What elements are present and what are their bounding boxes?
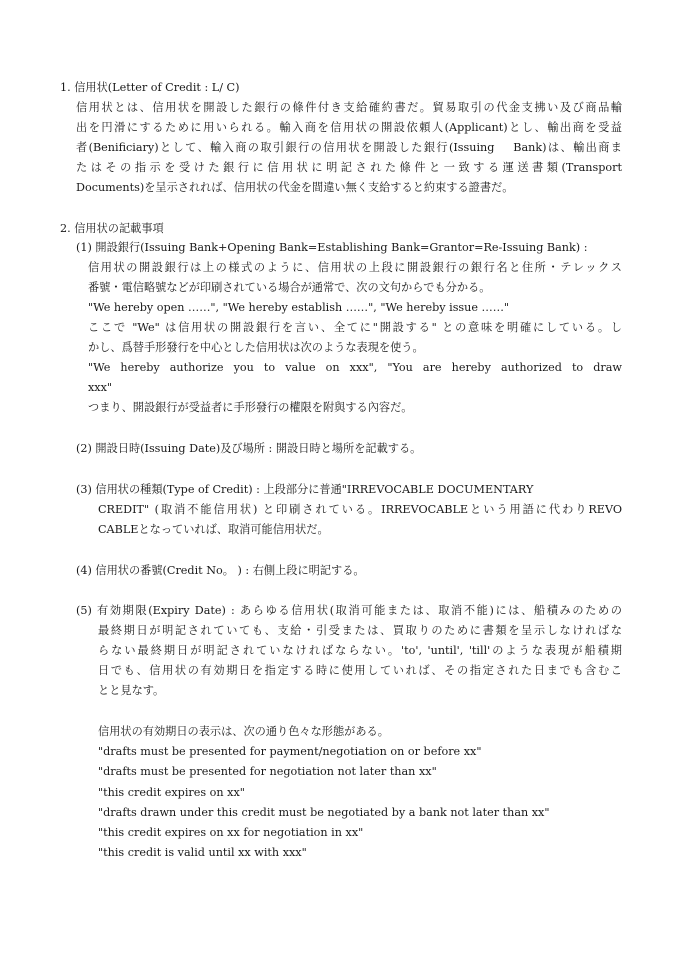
expiry-form-example: "this credit expires on xx" bbox=[98, 785, 245, 801]
item-5-line: とと見なす。 bbox=[98, 683, 164, 699]
item-1-line: 信用状の開設銀行は上の様式のように、信用状の上段に開設銀行の銀行名と住所・テレッ… bbox=[88, 260, 622, 276]
expiry-form-example: "this credit is valid until xx with xxx" bbox=[98, 845, 307, 861]
section-1-heading: 1. 信用状(Letter of Credit : L/ C) bbox=[60, 80, 239, 96]
item-1-line: 番號・電信略號などが印刷されている場合が通常で、次の文句からでも分かる。 bbox=[88, 280, 490, 296]
item-5-line: 最終期日が明記されていても、支給・引受または、買取りのために書類を呈示しなければ… bbox=[98, 623, 622, 639]
item-1-line: かし、爲替手形發行を中心とした信用状は次のような表現を使う。 bbox=[88, 340, 424, 356]
document-page: 1. 信用状(Letter of Credit : L/ C) 信用状とは、信用… bbox=[0, 0, 680, 962]
item-1-line: "We hereby authorize you to value on xxx… bbox=[88, 360, 622, 376]
item-3-line: CABLEとなっていれば、取消可能信用状だ。 bbox=[98, 522, 329, 538]
expiry-form-example: "drafts drawn under this credit must be … bbox=[98, 805, 550, 821]
item-1-heading: (1) 開設銀行(Issuing Bank+Opening Bank=Estab… bbox=[76, 240, 587, 256]
item-1-line: つまり、開設銀行が受益者に手形發行の權限を附與する內容だ。 bbox=[88, 400, 412, 416]
item-5-line: (5) 有効期限(Expiry Date) : あらゆる信用状(取消可能または、… bbox=[76, 603, 622, 619]
expiry-form-example: "this credit expires on xx for negotiati… bbox=[98, 825, 363, 841]
item-5-line: 日でも、信用状の有効期日を指定する時に使用していれば、その指定された日までも含む… bbox=[98, 663, 622, 679]
item-2-heading: (2) 開設日時(Issuing Date)及び場所 : 開設日時と場所を記載す… bbox=[76, 441, 421, 457]
section-1-paragraph-line: Documents)を呈示されれば、信用状の代金を間違い無く支給すると約束する證… bbox=[76, 180, 513, 196]
item-5-line: らない最終期日が明記されていなければならない。'to', 'until', 't… bbox=[98, 643, 622, 659]
item-1-line: "We hereby open ……", "We hereby establis… bbox=[88, 300, 509, 316]
expiry-form-example: "drafts must be presented for negotiatio… bbox=[98, 764, 437, 780]
item-3-line: CREDIT" (取消不能信用状) と印刷されている。IRREVOCABLEとい… bbox=[98, 502, 622, 518]
expiry-forms-intro: 信用状の有効期日の表示は、次の通り色々な形態がある。 bbox=[98, 724, 389, 740]
section-1-paragraph-line: 出を円滑にするために用いられる。輸入商を信用状の開設依頼人(Applicant)… bbox=[76, 120, 622, 136]
item-1-line: xxx" bbox=[88, 380, 112, 396]
item-4-heading: (4) 信用状の番號(Credit No。 ) : 右側上段に明記する。 bbox=[76, 563, 365, 579]
expiry-form-example: "drafts must be presented for payment/ne… bbox=[98, 744, 482, 760]
section-1-paragraph-line: 信用状とは、信用状を開設した銀行の條件付き支給確約書だ。貿易取引の代金支拂い及び… bbox=[76, 100, 622, 116]
section-1-paragraph-line: たはその指示を受けた銀行に信用状に明記された條件と一致する運送書類(Transp… bbox=[76, 160, 622, 176]
section-2-heading: 2. 信用状の記載事項 bbox=[60, 221, 164, 237]
item-1-line: ここで "We" は信用状の開設銀行を言い、全てに"開設する" との意味を明確に… bbox=[88, 320, 622, 336]
section-1-paragraph-line: 者(Benificiary)として、輸入商の取引銀行の信用状を開設した銀行(Is… bbox=[76, 140, 622, 156]
item-3-line: (3) 信用状の種類(Type of Credit) : 上段部分に普通"IRR… bbox=[76, 482, 533, 498]
